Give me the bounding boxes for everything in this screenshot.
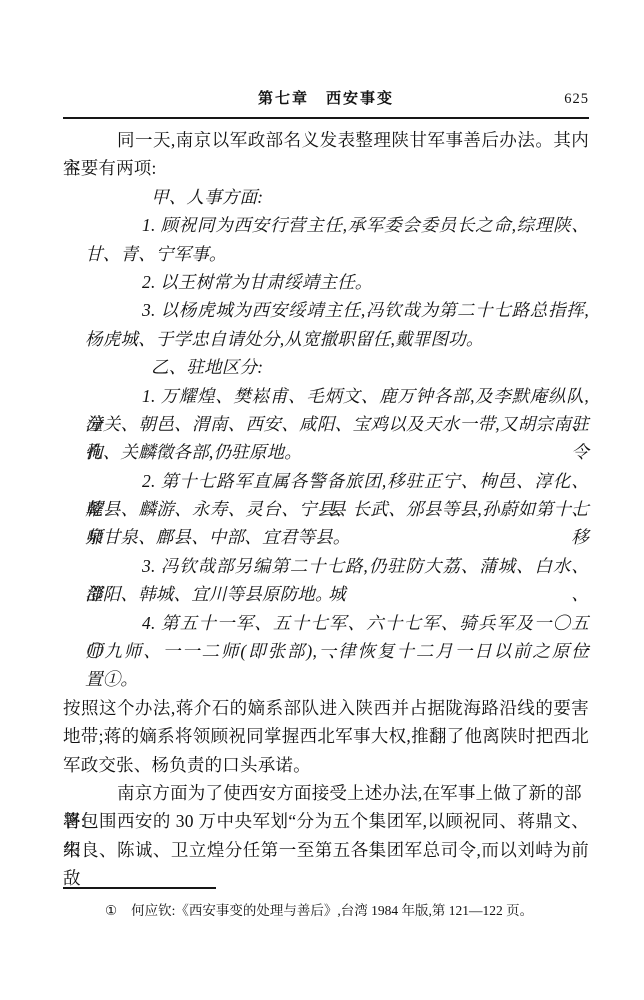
text-line: 2. 以王树常为甘肃绥靖主任。: [85, 268, 589, 296]
text-line: 乙、驻地区分:: [85, 353, 589, 381]
text-line: 4. 第五十一军、五十七军、六十七军、骑兵军及一〇五师、一: [85, 609, 589, 637]
footnote-text: 何应钦:《西安事变的处理与善后》,台湾 1984 年版,第 121—122 页。: [131, 903, 533, 918]
footnote: ①何应钦:《西安事变的处理与善后》,台湾 1984 年版,第 121—122 页…: [63, 899, 589, 923]
text-line: 杨虎城、于学忠自请处分,从宽撤职留任,戴罪图功。: [85, 325, 589, 353]
text-line: 军政交张、杨负责的口头承诺。: [63, 751, 589, 779]
text-line: 3. 以杨虎城为西安绥靖主任,冯钦哉为第二十七路总指挥,: [85, 296, 589, 324]
text-line: 按照这个办法,蒋介石的嫡系部队进入陕西并占据陇海路沿线的要害: [63, 694, 589, 722]
running-head: 第七章 西安事变 625: [63, 88, 589, 110]
text-line: 潼关、朝邑、渭南、西安、咸阳、宝鸡以及天水一带,又胡宗南、孔令: [85, 410, 589, 438]
page-number: 625: [564, 88, 589, 110]
text-line: 乾县、麟游、永寿、灵台、宁县、长武、邠县等县,孙蔚如第十七师移: [85, 495, 589, 523]
header-divider: [63, 117, 589, 119]
text-line: 甘、青、宁军事。: [85, 240, 589, 268]
text-line: 绍良、陈诚、卫立煌分任第一至第五各集团军总司令,而以刘峙为前敌: [63, 836, 589, 864]
text-line: 将包围西安的 30 万中央军划“分为五个集团军,以顾祝同、蒋鼎文、朱: [63, 807, 589, 835]
book-page: 第七章 西安事变 625 同一天,南京以军政部名义发表整理陕甘军事善后办法。其内…: [0, 0, 644, 1000]
text-line: 甲、人事方面:: [85, 183, 589, 211]
text-line: 2. 第十七路军直属各警备旅团,移驻正宁、栒邑、淳化、耀县、: [85, 467, 589, 495]
text-line: 南京方面为了使西安方面接受上述办法,在军事上做了新的部署:: [63, 779, 589, 807]
text-line: 1. 万耀煌、樊崧甫、毛炳文、鹿万钟各部,及李默庵纵队,分驻: [85, 382, 589, 410]
body-text: 同一天,南京以军政部名义发表整理陕甘军事善后办法。其内容 主要有两项: 甲、人事…: [63, 126, 589, 864]
text-line: 主要有两项:: [63, 154, 589, 182]
text-line: 3. 冯钦哉部另编第二十七路,仍驻防大荔、蒲城、白水、澄城、: [85, 552, 589, 580]
chapter-title: 第七章 西安事变: [63, 88, 589, 110]
text-line: 〇九师、一一二师(即张部),一律恢复十二月一日以前之原位: [85, 637, 589, 665]
text-line: 置①。: [85, 665, 589, 693]
text-line: 1. 顾祝同为西安行营主任,承军委会委员长之命,综理陕、: [85, 211, 589, 239]
text-line: 同一天,南京以军政部名义发表整理陕甘军事善后办法。其内容: [63, 126, 589, 154]
footnote-divider: [63, 887, 216, 889]
text-line: 地带;蒋的嫡系将领顾祝同掌握西北军事大权,推翻了他离陕时把西北: [63, 722, 589, 750]
footnote-marker: ①: [105, 903, 117, 918]
